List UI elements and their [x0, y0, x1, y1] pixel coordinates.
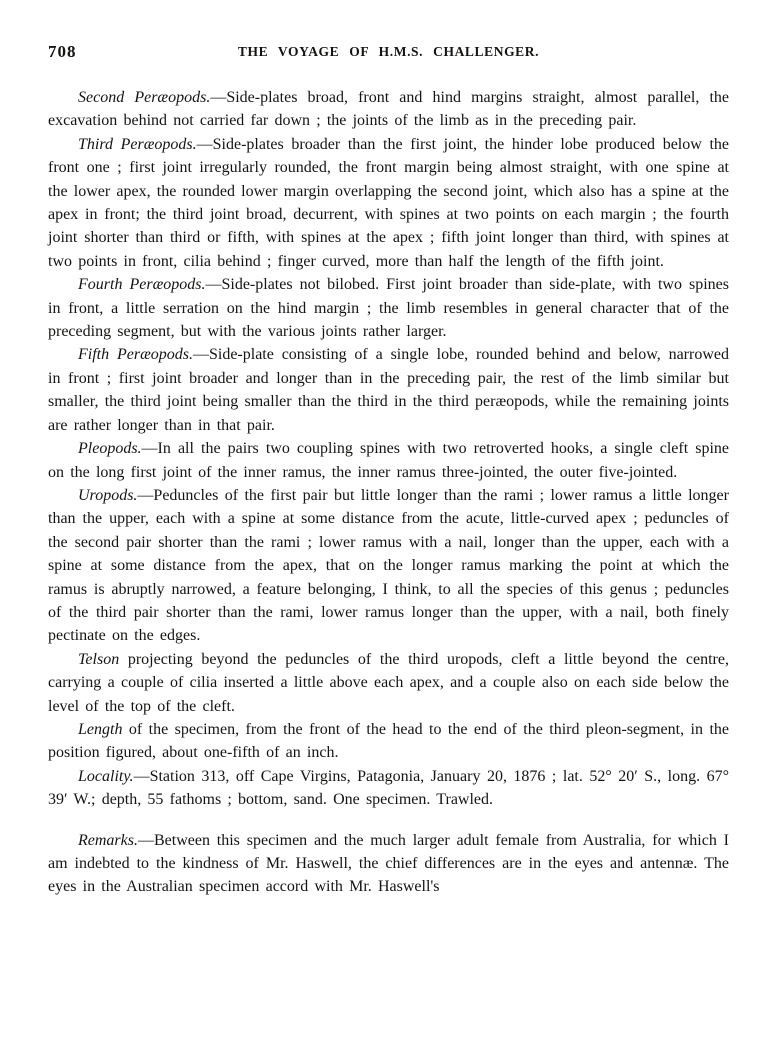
- paragraph-lead: Uropods.: [78, 487, 137, 504]
- paragraph-lead: Third Peræopods.: [78, 136, 197, 153]
- paragraph-second-peraeopods: Second Peræopods.—Side-plates broad, fro…: [48, 86, 729, 133]
- paragraph-fifth-peraeopods: Fifth Peræopods.—Side-plate consisting o…: [48, 343, 729, 437]
- running-title: THE VOYAGE OF H.M.S. CHALLENGER.: [238, 44, 539, 60]
- paragraph-fourth-peraeopods: Fourth Peræopods.—Side-plates not bilobe…: [48, 273, 729, 343]
- page-number: 708: [48, 42, 77, 62]
- paragraph-lead: Length: [78, 721, 122, 738]
- paragraph-lead: Remarks.: [78, 832, 138, 849]
- paragraph-third-peraeopods: Third Peræopods.—Side-plates broader tha…: [48, 133, 729, 273]
- paragraph-text: —In all the pairs two coupling spines wi…: [48, 440, 729, 480]
- page-content: 708 THE VOYAGE OF H.M.S. CHALLENGER. Sec…: [48, 40, 729, 899]
- paragraph-text: of the specimen, from the front of the h…: [48, 721, 729, 761]
- paragraph-lead: Fifth Peræopods.: [78, 346, 193, 363]
- paragraph-remarks: Remarks.—Between this specimen and the m…: [48, 829, 729, 899]
- paragraph-uropods: Uropods.—Peduncles of the first pair but…: [48, 484, 729, 648]
- running-head: 708 THE VOYAGE OF H.M.S. CHALLENGER.: [48, 40, 729, 64]
- paragraph-text: —Between this specimen and the much larg…: [48, 832, 729, 896]
- page-body: Second Peræopods.—Side-plates broad, fro…: [48, 86, 729, 899]
- book-page: 708 THE VOYAGE OF H.M.S. CHALLENGER. Sec…: [0, 0, 776, 1050]
- paragraph-text: —Peduncles of the first pair but little …: [48, 487, 729, 644]
- paragraph-text: —Station 313, off Cape Virgins, Patagoni…: [48, 768, 729, 808]
- paragraph-telson: Telson projecting beyond the peduncles o…: [48, 648, 729, 718]
- paragraph-length: Length of the specimen, from the front o…: [48, 718, 729, 765]
- paragraph-lead: Telson: [78, 651, 119, 668]
- paragraph-lead: Locality.: [78, 768, 134, 785]
- paragraph-text: —Side-plates broader than the first join…: [48, 136, 729, 270]
- paragraph-lead: Pleopods.: [78, 440, 142, 457]
- paragraph-lead: Second Peræopods.: [78, 89, 210, 106]
- paragraph-locality: Locality.—Station 313, off Cape Virgins,…: [48, 765, 729, 812]
- paragraph-pleopods: Pleopods.—In all the pairs two coupling …: [48, 437, 729, 484]
- paragraph-lead: Fourth Peræopods.: [78, 276, 205, 293]
- paragraph-text: projecting beyond the peduncles of the t…: [48, 651, 729, 715]
